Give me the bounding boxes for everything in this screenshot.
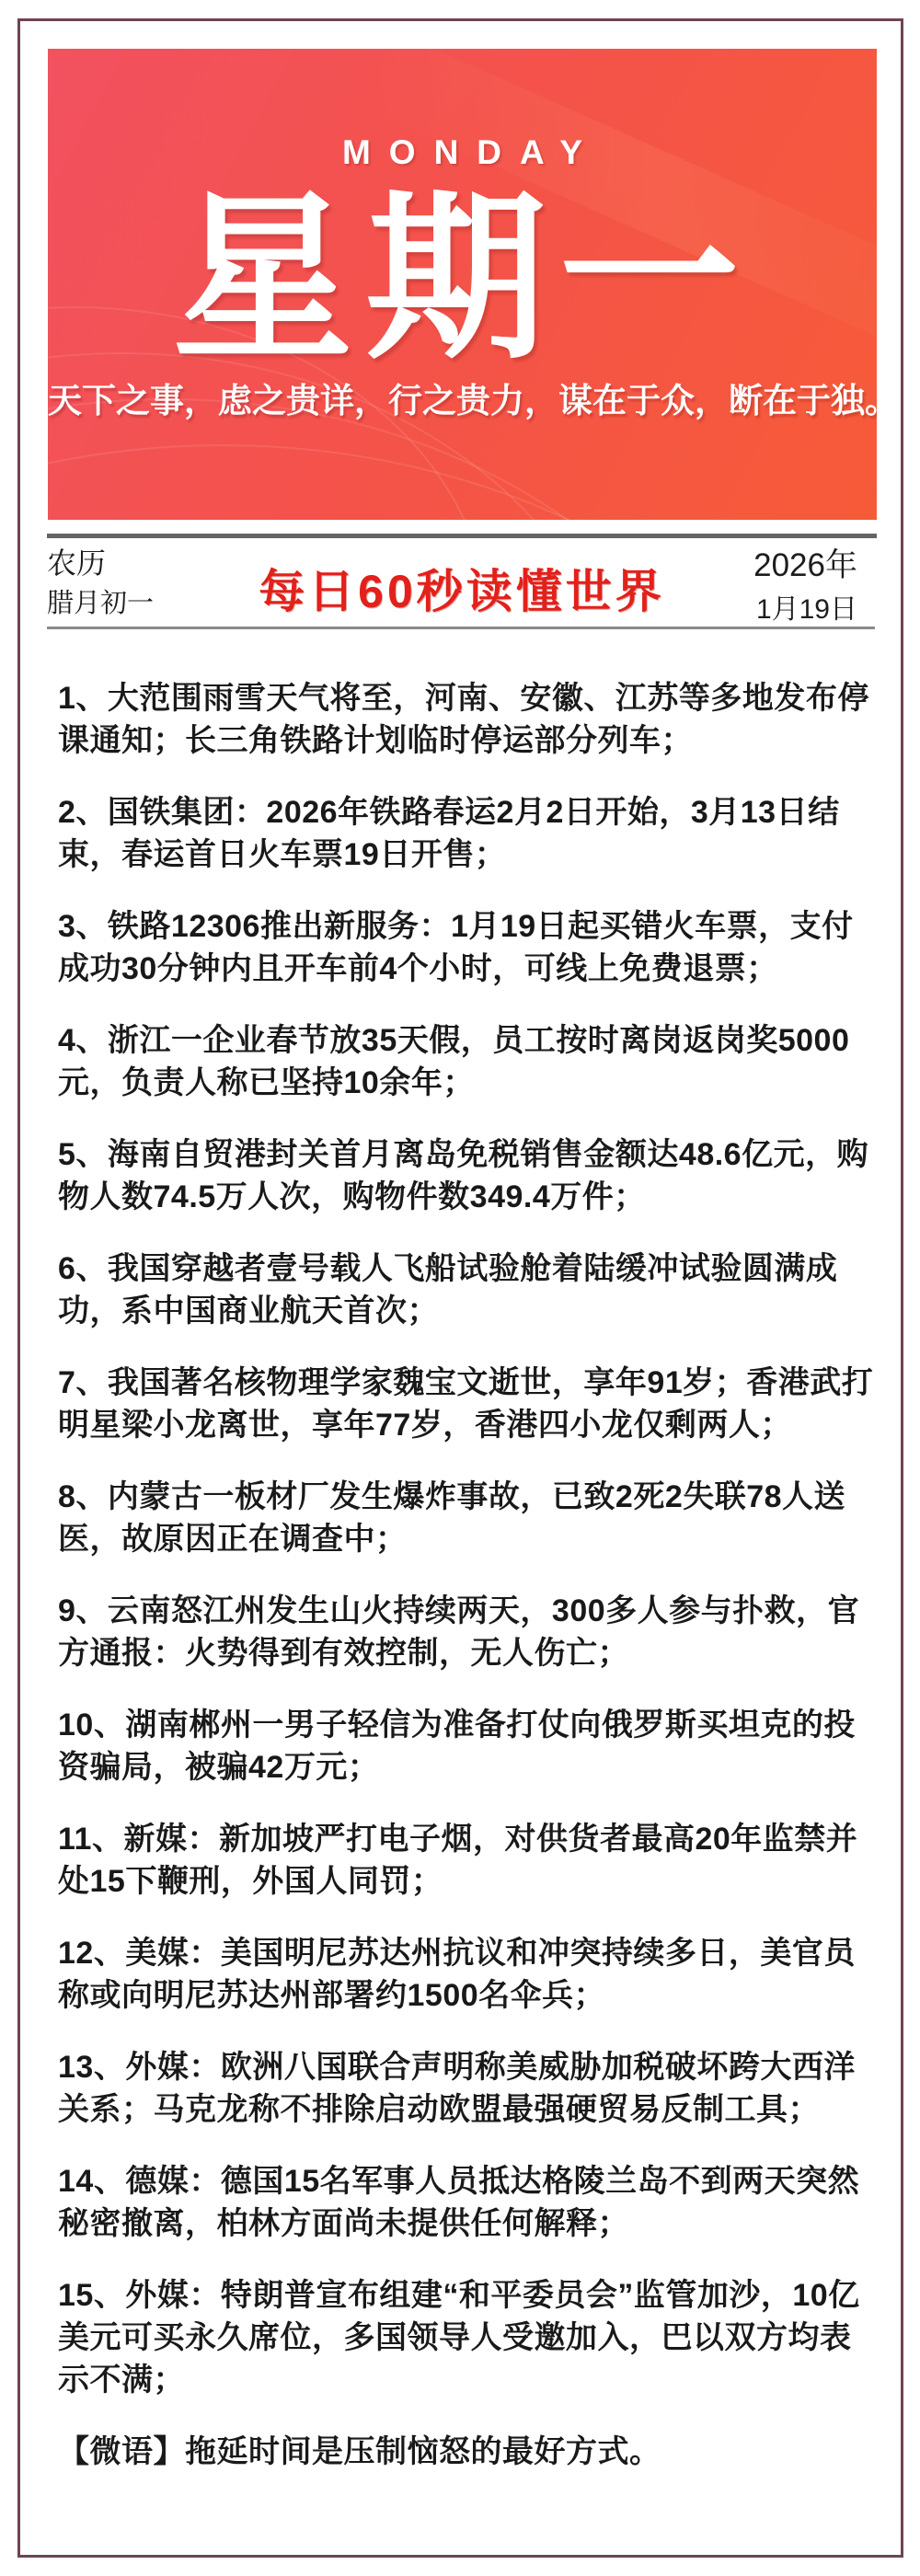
news-item: 8、内蒙古一板材厂发生爆炸事故，已致2死2失联78人送医，故原因正在调查中； <box>58 1476 879 1560</box>
page-title: 每日60秒读懂世界 <box>47 555 877 621</box>
footer-micro-quote: 【微语】拖延时间是压制恼怒的最好方式。 <box>58 2431 879 2473</box>
news-item: 4、浙江一企业春节放35天假，员工按时离岗返岗奖5000元，负责人称已坚持10余… <box>58 1019 879 1104</box>
news-item: 12、美媒：美国明尼苏达州抗议和冲突持续多日，美官员称或向明尼苏达州部署约150… <box>58 1932 879 2017</box>
news-item: 5、海南自贸港封关首月离岛免税销售金额达48.6亿元，购物人数74.5万人次，购… <box>58 1133 879 1218</box>
news-item: 13、外媒：欧洲八国联合声明称美威胁加税破坏跨大西洋关系；马克龙称不排除启动欧盟… <box>58 2046 879 2131</box>
date-label: 1月19日 <box>756 586 857 627</box>
poster-frame: MONDAY 星期一 天下之事，虑之贵详，行之贵力，谋在于众，断在于独。 农历 … <box>17 18 903 2558</box>
news-item: 14、德媒：德国15名军事人员抵达格陵兰岛不到两天突然秘密撤离，柏林方面尚未提供… <box>58 2160 879 2245</box>
divider-bottom <box>47 627 875 629</box>
news-item: 6、我国穿越者壹号载人飞船试验舱着陆缓冲试验圆满成功，系中国商业航天首次； <box>58 1248 879 1332</box>
news-list: 1、大范围雨雪天气将至，河南、安徽、江苏等多地发布停课通知；长三角铁路计划临时停… <box>58 677 879 2473</box>
news-item: 15、外媒：特朗普宣布组建“和平委员会”监管加沙，10亿美元可买永久席位，多国领… <box>58 2274 879 2401</box>
news-item: 11、新媒：新加坡严打电子烟，对供货者最高20年监禁并处15下鞭刑，外国人同罚； <box>58 1818 879 1903</box>
news-item: 3、铁路12306推出新服务：1月19日起买错火车票，支付成功30分钟内且开车前… <box>58 905 879 990</box>
banner-proverb: 天下之事，虑之贵详，行之贵力，谋在于众，断在于独。 <box>48 373 877 422</box>
weekday-banner: MONDAY 星期一 天下之事，虑之贵详，行之贵力，谋在于众，断在于独。 <box>48 49 877 520</box>
year-label: 2026年 <box>753 540 857 586</box>
divider-top <box>47 534 877 538</box>
news-item: 10、湖南郴州一男子轻信为准备打仗向俄罗斯买坦克的投资骗局，被骗42万元； <box>58 1704 879 1788</box>
weekday-english: MONDAY <box>48 133 877 172</box>
news-item: 2、国铁集团：2026年铁路春运2月2日开始，3月13日结束，春运首日火车票19… <box>58 791 879 876</box>
news-item: 1、大范围雨雪天气将至，河南、安徽、江苏等多地发布停课通知；长三角铁路计划临时停… <box>58 677 879 762</box>
weekday-chinese: 星期一 <box>48 174 877 385</box>
news-item: 9、云南怒江州发生山火持续两天，300多人参与扑救，官方通报：火势得到有效控制，… <box>58 1590 879 1674</box>
news-item: 7、我国著名核物理学家魏宝文逝世，享年91岁；香港武打明星梁小龙离世，享年77岁… <box>58 1362 879 1446</box>
